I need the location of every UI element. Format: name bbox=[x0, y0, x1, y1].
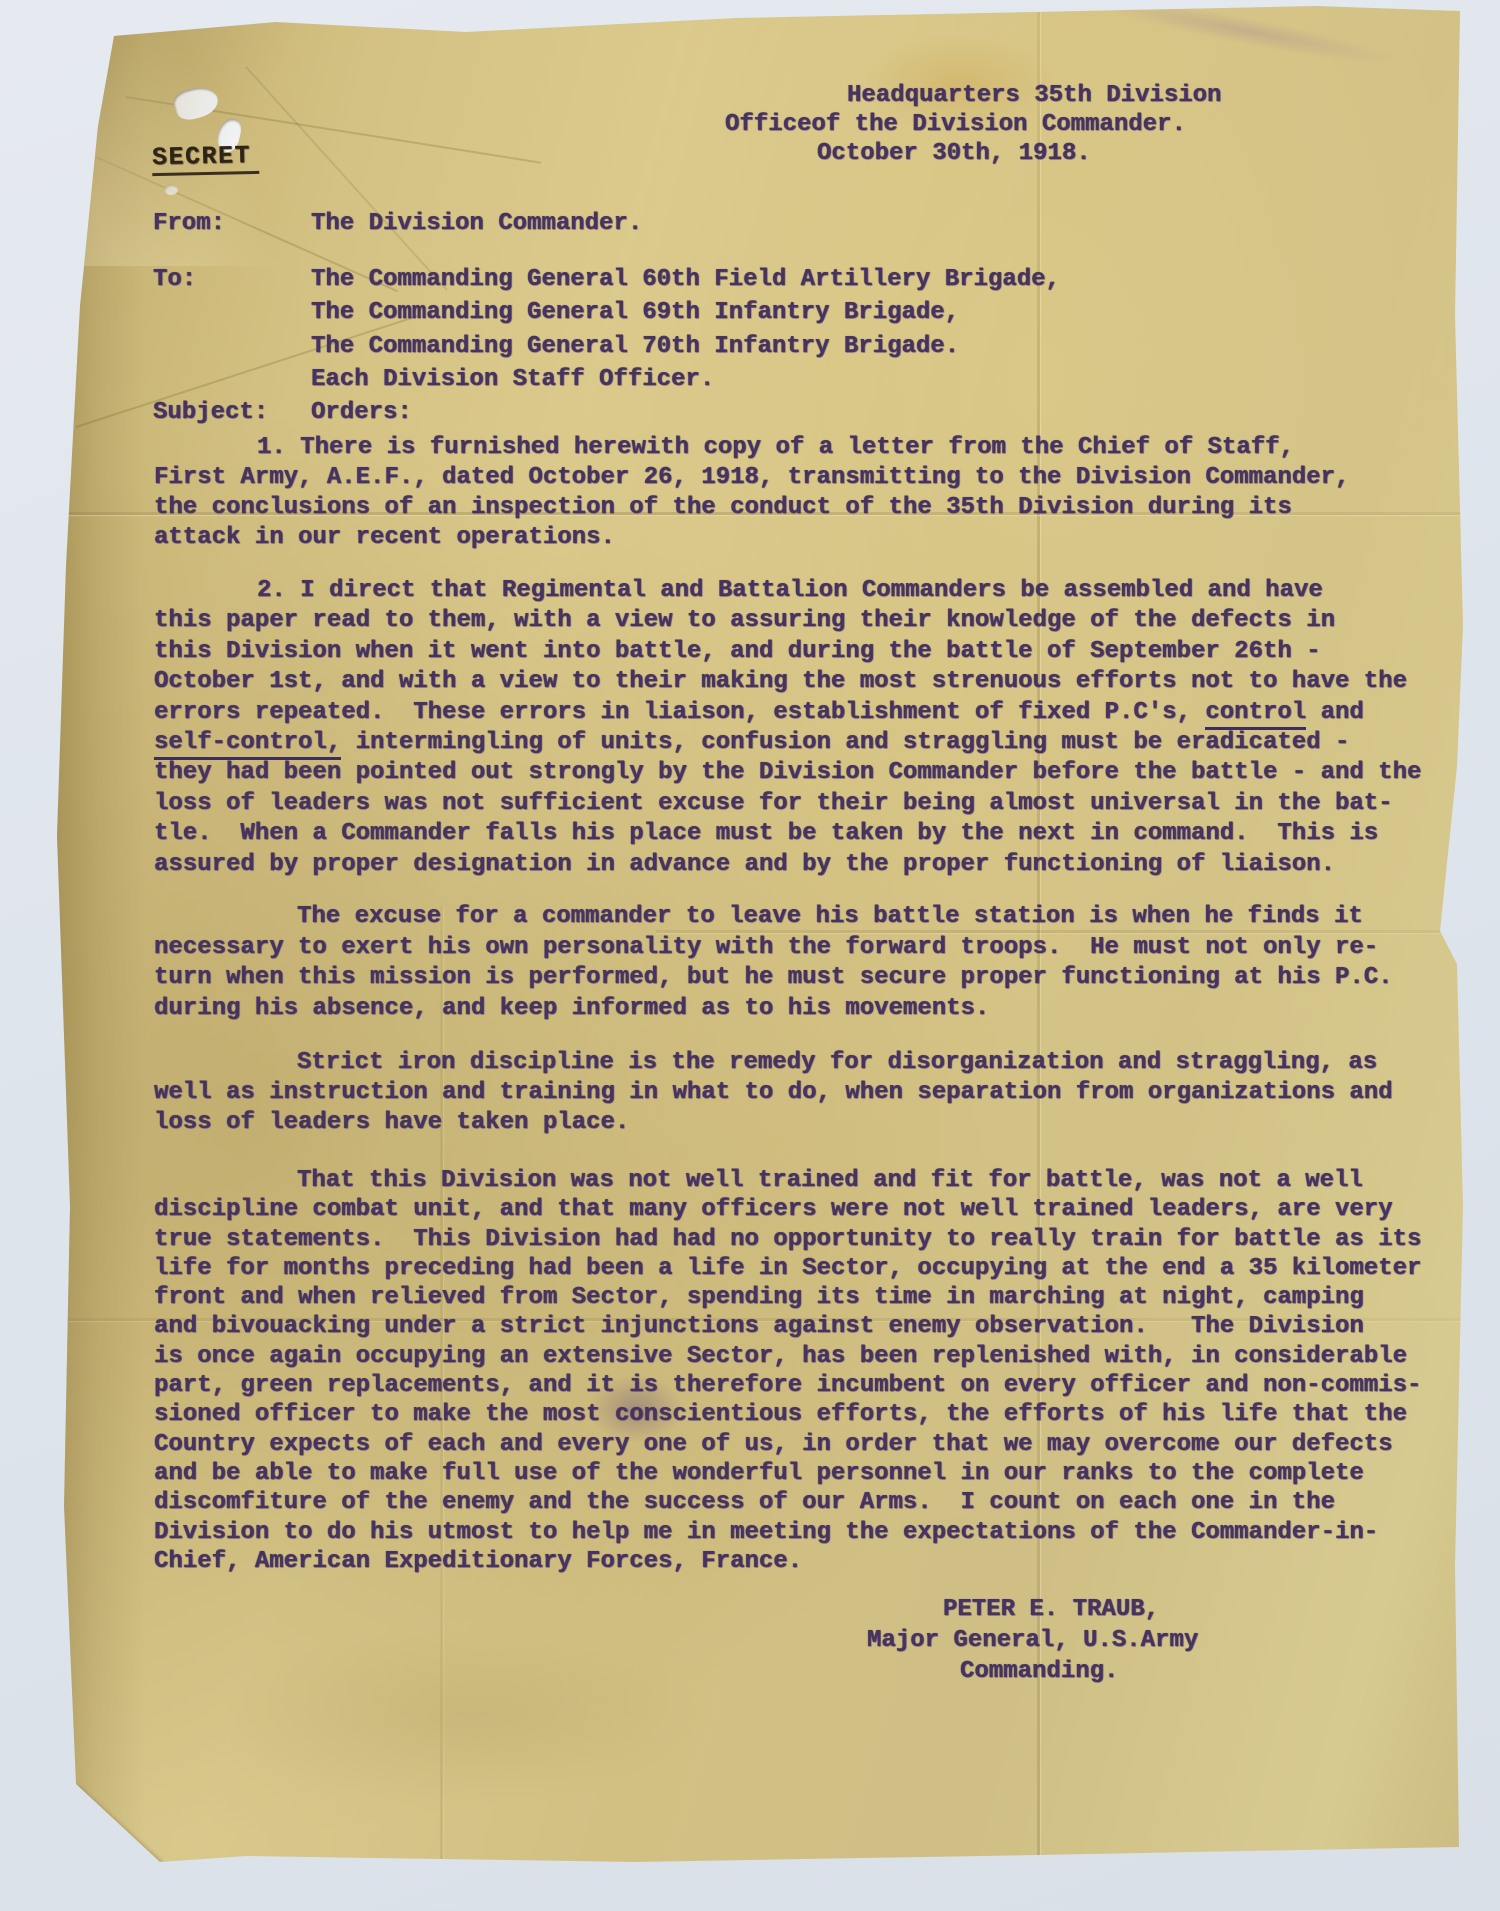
paragraph: The excuse for a commander to leave his … bbox=[154, 902, 1393, 1024]
text-segment: and bivouacking under a strict injunctio… bbox=[154, 1313, 1364, 1340]
text-segment: true statements. This Division had had n… bbox=[154, 1226, 1421, 1253]
text-line: well as instruction and training in what… bbox=[154, 1078, 1393, 1108]
text-segment: 1. There is furnished herewith copy of a… bbox=[257, 434, 1294, 461]
text-segment: this paper read to them, with a view to … bbox=[154, 607, 1335, 634]
typewritten-text-layer: Headquarters 35th Division Officeof the … bbox=[0, 0, 1500, 1911]
underlined-text: self-control, bbox=[154, 729, 341, 760]
text-segment: 2. I direct that Regimental and Battalio… bbox=[257, 577, 1323, 604]
text-line: this Division when it went into battle, … bbox=[154, 637, 1421, 667]
text-line: true statements. This Division had had n… bbox=[154, 1225, 1421, 1254]
field-values: Orders: bbox=[311, 396, 412, 429]
text-segment: part, green replacements, and it is ther… bbox=[154, 1372, 1421, 1399]
letterhead-office: Officeof the Division Commander. bbox=[725, 111, 1186, 138]
scanned-document: Headquarters 35th Division Officeof the … bbox=[0, 0, 1500, 1911]
text-line: Country expects of each and every one of… bbox=[154, 1430, 1421, 1459]
underlined-text: control bbox=[1205, 699, 1306, 730]
paragraph: That this Division was not well trained … bbox=[154, 1166, 1421, 1576]
text-segment: life for months preceding had been a lif… bbox=[154, 1255, 1421, 1282]
text-segment: The excuse for a commander to leave his … bbox=[297, 903, 1363, 930]
text-line: self-control, intermingling of units, co… bbox=[154, 728, 1421, 758]
text-line: discomfiture of the enemy and the succes… bbox=[154, 1488, 1421, 1517]
text-line: is once again occupying an extensive Sec… bbox=[154, 1342, 1421, 1371]
text-line: life for months preceding had been a lif… bbox=[154, 1254, 1421, 1283]
text-line: The excuse for a commander to leave his … bbox=[154, 902, 1393, 933]
field-value-line: Orders: bbox=[311, 396, 412, 429]
field-values: The Division Commander. bbox=[311, 207, 642, 240]
text-line: 2. I direct that Regimental and Battalio… bbox=[154, 576, 1421, 606]
text-line: errors repeated. These errors in liaison… bbox=[154, 698, 1421, 728]
text-segment: Division to do his utmost to help me in … bbox=[154, 1519, 1378, 1546]
signature-rank: Major General, U.S.Army bbox=[867, 1627, 1198, 1654]
text-line: loss of leaders was not sufficient excus… bbox=[154, 789, 1421, 819]
text-segment: necessary to exert his own personality w… bbox=[154, 934, 1378, 961]
text-line: First Army, A.E.F., dated October 26, 19… bbox=[154, 463, 1349, 493]
text-line: front and when relieved from Sector, spe… bbox=[154, 1283, 1421, 1312]
field-row: From:The Division Commander. bbox=[153, 207, 642, 240]
text-segment: loss of leaders have taken place. bbox=[154, 1109, 629, 1136]
text-segment: tle. When a Commander falls his place mu… bbox=[154, 820, 1378, 847]
field-label: To: bbox=[153, 263, 311, 296]
text-line: That this Division was not well trained … bbox=[154, 1166, 1421, 1195]
text-line: during his absence, and keep informed as… bbox=[154, 994, 1393, 1025]
letterhead-headquarters: Headquarters 35th Division bbox=[847, 82, 1221, 109]
text-line: attack in our recent operations. bbox=[154, 523, 1349, 553]
text-segment: and bbox=[1306, 699, 1364, 726]
field-values: The Commanding General 60th Field Artill… bbox=[311, 263, 1060, 397]
text-segment: they had been pointed out strongly by th… bbox=[154, 759, 1421, 786]
text-segment: attack in our recent operations. bbox=[154, 524, 615, 551]
text-line: part, green replacements, and it is ther… bbox=[154, 1371, 1421, 1400]
text-segment: and be able to make full use of the wond… bbox=[154, 1460, 1364, 1487]
field-label: From: bbox=[153, 207, 311, 240]
field-row: To:The Commanding General 60th Field Art… bbox=[153, 263, 1060, 397]
text-segment: First Army, A.E.F., dated October 26, 19… bbox=[154, 464, 1349, 491]
field-value-line: The Commanding General 69th Infantry Bri… bbox=[311, 296, 1060, 329]
text-line: October 1st, and with a view to their ma… bbox=[154, 667, 1421, 697]
text-line: assured by proper designation in advance… bbox=[154, 850, 1421, 880]
text-segment: Country expects of each and every one of… bbox=[154, 1431, 1393, 1458]
text-line: necessary to exert his own personality w… bbox=[154, 933, 1393, 964]
text-segment: sioned officer to make the most conscien… bbox=[154, 1401, 1407, 1428]
text-line: Strict iron discipline is the remedy for… bbox=[154, 1048, 1393, 1078]
text-line: loss of leaders have taken place. bbox=[154, 1108, 1393, 1138]
text-line: Division to do his utmost to help me in … bbox=[154, 1518, 1421, 1547]
paragraph: Strict iron discipline is the remedy for… bbox=[154, 1048, 1393, 1138]
text-line: and bivouacking under a strict injunctio… bbox=[154, 1312, 1421, 1341]
signature-title: Commanding. bbox=[960, 1658, 1118, 1685]
text-line: tle. When a Commander falls his place mu… bbox=[154, 819, 1421, 849]
text-line: 1. There is furnished herewith copy of a… bbox=[154, 433, 1349, 463]
text-segment: turn when this mission is performed, but… bbox=[154, 964, 1393, 991]
text-line: this paper read to them, with a view to … bbox=[154, 606, 1421, 636]
text-line: the conclusions of an inspection of the … bbox=[154, 493, 1349, 523]
text-line: they had been pointed out strongly by th… bbox=[154, 758, 1421, 788]
text-segment: intermingling of units, confusion and st… bbox=[341, 729, 1349, 756]
paragraph: 2. I direct that Regimental and Battalio… bbox=[154, 576, 1421, 880]
field-value-line: The Commanding General 60th Field Artill… bbox=[311, 263, 1060, 296]
text-line: discipline combat unit, and that many of… bbox=[154, 1195, 1421, 1224]
field-value-line: Each Division Staff Officer. bbox=[311, 363, 1060, 396]
text-segment: errors repeated. These errors in liaison… bbox=[154, 699, 1205, 726]
text-segment: Chief, American Expeditionary Forces, Fr… bbox=[154, 1548, 802, 1575]
text-segment: during his absence, and keep informed as… bbox=[154, 995, 989, 1022]
text-segment: front and when relieved from Sector, spe… bbox=[154, 1284, 1364, 1311]
field-value-line: The Commanding General 70th Infantry Bri… bbox=[311, 330, 1060, 363]
text-segment: this Division when it went into battle, … bbox=[154, 638, 1321, 665]
text-segment: is once again occupying an extensive Sec… bbox=[154, 1343, 1407, 1370]
text-line: turn when this mission is performed, but… bbox=[154, 963, 1393, 994]
text-line: and be able to make full use of the wond… bbox=[154, 1459, 1421, 1488]
text-segment: discipline combat unit, and that many of… bbox=[154, 1196, 1393, 1223]
classification-stamp: SECRET bbox=[152, 141, 260, 176]
text-line: sioned officer to make the most conscien… bbox=[154, 1400, 1421, 1429]
text-segment: well as instruction and training in what… bbox=[154, 1079, 1393, 1106]
field-row: Subject:Orders: bbox=[153, 396, 412, 429]
letterhead-date: October 30th, 1918. bbox=[817, 140, 1091, 167]
text-segment: Strict iron discipline is the remedy for… bbox=[297, 1049, 1377, 1076]
signature-name: PETER E. TRAUB, bbox=[943, 1596, 1159, 1623]
text-segment: October 1st, and with a view to their ma… bbox=[154, 668, 1407, 695]
field-value-line: The Division Commander. bbox=[311, 207, 642, 240]
text-segment: discomfiture of the enemy and the succes… bbox=[154, 1489, 1335, 1516]
paragraph: 1. There is furnished herewith copy of a… bbox=[154, 433, 1349, 553]
field-label: Subject: bbox=[153, 396, 311, 429]
text-segment: assured by proper designation in advance… bbox=[154, 851, 1335, 878]
text-segment: the conclusions of an inspection of the … bbox=[154, 494, 1292, 521]
text-line: Chief, American Expeditionary Forces, Fr… bbox=[154, 1547, 1421, 1576]
text-segment: loss of leaders was not sufficient excus… bbox=[154, 790, 1393, 817]
text-segment: That this Division was not well trained … bbox=[297, 1167, 1363, 1194]
